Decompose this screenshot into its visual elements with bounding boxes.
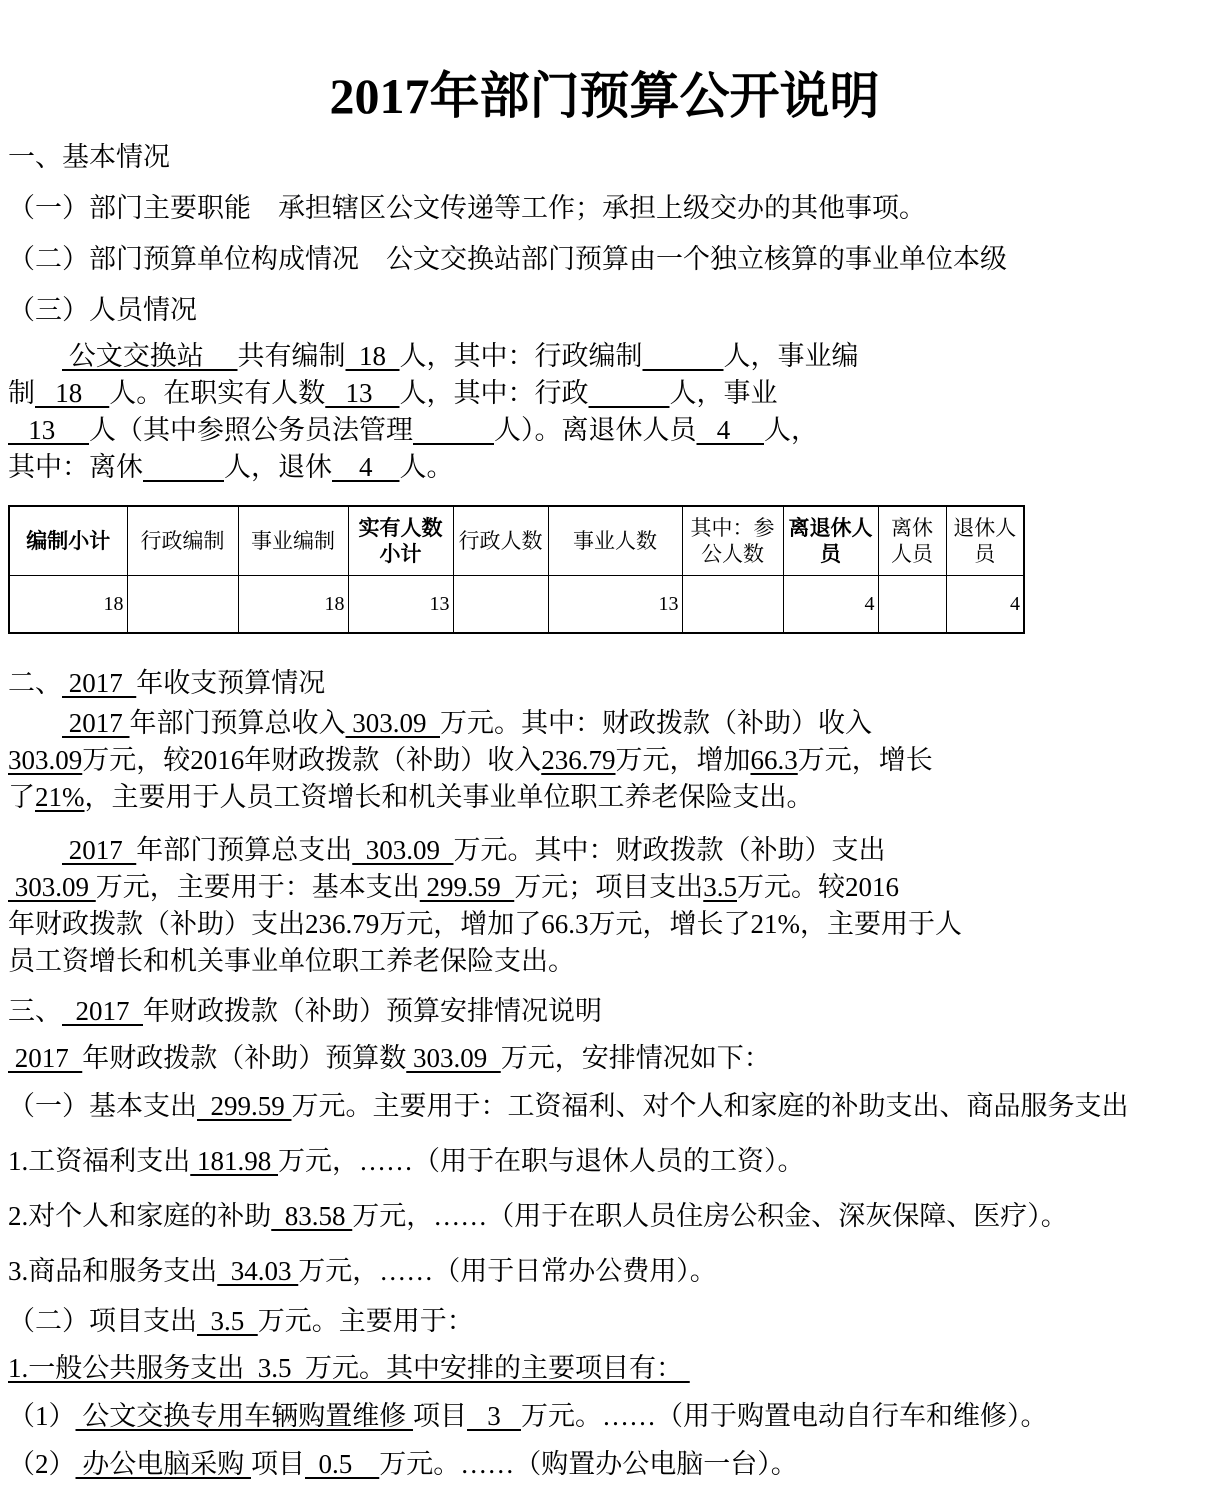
text-segment: 万元，增长 <box>798 745 933 775</box>
text-segment: 人（其中参照公务员法管理 <box>89 415 413 445</box>
text-segment: （2） <box>8 1449 76 1479</box>
staff-paragraph: 公文交换站 共有编制 18 人，其中：行政编制 人，事业编 制 18 人。在职实… <box>8 338 1201 486</box>
text-segment: 4 <box>332 452 400 482</box>
text-segment: 万元，……（用于在职人员住房公积金、深灰保障、医疗）。 <box>352 1201 1068 1231</box>
text-segment: 3.商品和服务支出 <box>8 1256 217 1286</box>
expense-line: 员工资增长和机关事业单位职工养老保险支出。 <box>8 943 1201 980</box>
text-segment: 年部门预算总支出 <box>136 835 352 865</box>
text-segment: 万元，……（用于日常办公费用）。 <box>298 1256 717 1286</box>
text-segment: 人，退休 <box>224 452 332 482</box>
section1-item-staff: （三）人员情况 <box>8 295 1201 326</box>
text-segment: 303.09 <box>8 872 96 902</box>
staff-paragraph-line: 13 人（其中参照公务员法管理 人）。离退休人员 4 人， <box>8 412 1201 449</box>
text-segment: 了 <box>8 782 35 812</box>
text-segment: 2017 <box>62 835 136 865</box>
text-segment: 66.3 <box>751 745 798 775</box>
section3-sub-wages: 1.工资福利支出 181.98 万元，……（用于在职与退休人员的工资）。 <box>8 1146 1201 1177</box>
text-segment: 2.对个人和家庭的补助 <box>8 1201 271 1231</box>
table-header-cell: 事业编制 <box>238 506 348 576</box>
section3-sub-goods: 3.商品和服务支出 34.03 万元，……（用于日常办公费用）。 <box>8 1256 1201 1287</box>
text-segment: 18 <box>35 378 109 408</box>
table-value-cell <box>682 576 783 634</box>
text-segment <box>589 378 670 408</box>
table-header-cell: 其中：参公人数 <box>682 506 783 576</box>
text-segment: 34.03 <box>217 1256 298 1286</box>
section1-item-units: （二）部门预算单位构成情况 公文交换站部门预算由一个独立核算的事业单位本级 <box>8 244 1201 275</box>
text-segment: 13 <box>8 415 89 445</box>
text-segment: 项目 <box>413 1401 467 1431</box>
text-segment: 人。在职实有人数 <box>109 378 325 408</box>
table-header-cell: 行政人数 <box>453 506 548 576</box>
table-header-cell: 退休人员 <box>946 506 1024 576</box>
text-segment: 3 <box>467 1401 521 1431</box>
text-segment: 二、 <box>8 668 62 698</box>
text-segment <box>143 452 224 482</box>
section3-heading: 三、 2017 年财政拨款（补助）预算安排情况说明 <box>8 996 1201 1027</box>
staff-paragraph-line: 制 18 人。在职实有人数 13 人，其中：行政 人，事业 <box>8 375 1201 412</box>
text-segment <box>413 415 494 445</box>
text-segment: 83.58 <box>271 1201 352 1231</box>
expense-line: 2017 年部门预算总支出 303.09 万元。其中：财政拨款（补助）支出 <box>8 832 1201 869</box>
text-segment: 2017 <box>62 668 136 698</box>
text-segment: 181.98 <box>190 1146 278 1176</box>
text-segment: 1.工资福利支出 <box>8 1146 190 1176</box>
table-value-cell: 18 <box>238 576 348 634</box>
section3-basic-expense: （一）基本支出 299.59 万元。主要用于：工资福利、对个人和家庭的补助支出、… <box>8 1091 1201 1122</box>
section1-heading: 一、基本情况 <box>8 142 1201 173</box>
text-segment: 其中：离休 <box>8 452 143 482</box>
text-segment: 万元。……（用于购置电动自行车和维修）。 <box>521 1401 1048 1431</box>
text-segment: 项目 <box>251 1449 305 1479</box>
text-segment: 三、 <box>8 996 62 1026</box>
section3-project-expense: （二）项目支出 3.5 万元。主要用于： <box>8 1306 1201 1337</box>
text-segment: 制 <box>8 378 35 408</box>
text-segment: 年财政拨款（补助）预算数 <box>82 1043 406 1073</box>
section3-sub-general-service: 1.一般公共服务支出 3.5 万元。其中安排的主要项目有： <box>8 1353 1201 1384</box>
table-value-cell: 13 <box>348 576 453 634</box>
table-header-cell: 行政编制 <box>127 506 238 576</box>
text-segment: 万元，主要用于：基本支出 <box>96 872 420 902</box>
staff-paragraph-line: 公文交换站 共有编制 18 人，其中：行政编制 人，事业编 <box>8 338 1201 375</box>
expense-line: 303.09 万元，主要用于：基本支出 299.59 万元；项目支出3.5万元。… <box>8 869 1201 906</box>
text-segment: 人。 <box>400 452 454 482</box>
income-line: 303.09万元，较2016年财政拨款（补助）收入236.79万元，增加66.3… <box>8 742 1201 779</box>
text-segment: 共有编制 <box>238 341 346 371</box>
table-header-cell: 实有人数小计 <box>348 506 453 576</box>
staff-table-value-row: 1818131344 <box>9 576 1024 634</box>
section2-heading: 二、 2017 年收支预算情况 <box>8 668 1201 699</box>
text-segment: 万元；项目支出 <box>514 872 703 902</box>
text-segment: 年部门预算总收入 <box>130 708 346 738</box>
expense-line: 年财政拨款（补助）支出236.79万元，增加了66.3万元，增长了21%，主要用… <box>8 906 1201 943</box>
text-segment: 万元。……（购置办公电脑一台）。 <box>379 1449 798 1479</box>
text-segment: 万元，安排情况如下： <box>501 1043 771 1073</box>
text-segment: ，主要用于人员工资增长和机关事业单位职工养老保险支出。 <box>85 782 814 812</box>
text-segment: 303.09 <box>346 708 441 738</box>
text-segment: 4 <box>697 415 765 445</box>
text-segment: 2017 <box>62 996 143 1026</box>
text-segment <box>8 341 62 371</box>
table-value-cell <box>453 576 548 634</box>
text-segment: 年收支预算情况 <box>136 668 325 698</box>
text-segment: 万元。较2016 <box>737 872 899 902</box>
text-segment: 员工资增长和机关事业单位职工养老保险支出。 <box>8 946 575 976</box>
text-segment: 万元，较2016年财政拨款（补助）收入 <box>82 745 541 775</box>
text-segment: 303.09 <box>406 1043 501 1073</box>
section3-sub-subsidy: 2.对个人和家庭的补助 83.58 万元，……（用于在职人员住房公积金、深灰保障… <box>8 1201 1201 1232</box>
text-segment: 2017 <box>62 708 130 738</box>
text-segment: 2017 <box>8 1043 82 1073</box>
table-value-cell: 4 <box>946 576 1024 634</box>
text-segment: 公文交换站 <box>62 341 238 371</box>
text-segment <box>8 835 62 865</box>
staff-table: 编制小计行政编制事业编制实有人数小计行政人数事业人数其中：参公人数离退休人员离休… <box>8 505 1025 634</box>
section3-summary-line: 2017 年财政拨款（补助）预算数 303.09 万元，安排情况如下： <box>8 1043 1201 1074</box>
text-segment: 万元，……（用于在职与退休人员的工资）。 <box>278 1146 805 1176</box>
text-segment: 办公电脑采购 <box>76 1449 252 1479</box>
text-segment: 236.79 <box>541 745 615 775</box>
text-segment: 人，事业 <box>670 378 778 408</box>
text-segment: 人，其中：行政编制 <box>400 341 643 371</box>
text-segment: 人， <box>764 415 818 445</box>
text-segment: （1） <box>8 1401 76 1431</box>
table-value-cell: 13 <box>548 576 682 634</box>
text-segment: 公文交换专用车辆购置维修 <box>76 1401 414 1431</box>
text-segment: 1.一般公共服务支出 3.5 万元。其中安排的主要项目有： <box>8 1353 690 1383</box>
income-line: 2017 年部门预算总收入 303.09 万元。其中：财政拨款（补助）收入 <box>8 705 1201 742</box>
text-segment: 303.09 <box>352 835 453 865</box>
table-value-cell <box>127 576 238 634</box>
section2-paragraph-income: 2017 年部门预算总收入 303.09 万元。其中：财政拨款（补助）收入 30… <box>8 705 1201 816</box>
text-segment: 人，事业编 <box>724 341 859 371</box>
text-segment: 年财政拨款（补助）预算安排情况说明 <box>143 996 602 1026</box>
text-segment: 3.5 <box>197 1306 258 1336</box>
text-segment: 21% <box>35 782 85 812</box>
text-segment: 年财政拨款（补助）支出236.79万元，增加了66.3万元，增长了21%，主要用… <box>8 909 962 939</box>
document-page: 2017年部门预算公开说明 一、基本情况 （一）部门主要职能 承担辖区公文传递等… <box>0 0 1209 1490</box>
text-segment: 人）。离退休人员 <box>494 415 697 445</box>
table-value-cell: 4 <box>783 576 878 634</box>
staff-paragraph-line: 其中：离休 人，退休 4 人。 <box>8 449 1201 486</box>
text-segment: 3.5 <box>703 872 737 902</box>
text-segment: （一）基本支出 <box>8 1091 197 1121</box>
text-segment: 万元，增加 <box>616 745 751 775</box>
text-segment: 18 <box>346 341 400 371</box>
text-segment: 299.59 <box>197 1091 292 1121</box>
table-value-cell: 18 <box>9 576 127 634</box>
table-value-cell <box>878 576 946 634</box>
text-segment: 人，其中：行政 <box>400 378 589 408</box>
text-segment: 303.09 <box>8 745 82 775</box>
table-header-cell: 编制小计 <box>9 506 127 576</box>
section3-sub-computer-project: （2） 办公电脑采购 项目 0.5 万元。……（购置办公电脑一台）。 <box>8 1449 1201 1480</box>
text-segment: 万元。其中：财政拨款（补助）收入 <box>440 708 872 738</box>
table-header-cell: 事业人数 <box>548 506 682 576</box>
section2-paragraph-expense: 2017 年部门预算总支出 303.09 万元。其中：财政拨款（补助）支出 30… <box>8 832 1201 980</box>
section1-item-duties: （一）部门主要职能 承担辖区公文传递等工作；承担上级交办的其他事项。 <box>8 193 1201 224</box>
text-segment <box>643 341 724 371</box>
text-segment: （二）项目支出 <box>8 1306 197 1336</box>
section3-sub-vehicle-project: （1） 公文交换专用车辆购置维修 项目 3 万元。……（用于购置电动自行车和维修… <box>8 1401 1201 1432</box>
document-title: 2017年部门预算公开说明 <box>8 68 1201 124</box>
text-segment: 万元。其中：财政拨款（补助）支出 <box>454 835 886 865</box>
income-line: 了21%，主要用于人员工资增长和机关事业单位职工养老保险支出。 <box>8 779 1201 816</box>
text-segment <box>8 708 62 738</box>
staff-table-header-row: 编制小计行政编制事业编制实有人数小计行政人数事业人数其中：参公人数离退休人员离休… <box>9 506 1024 576</box>
table-header-cell: 离休人员 <box>878 506 946 576</box>
text-segment: 万元。主要用于：工资福利、对个人和家庭的补助支出、商品服务支出 <box>292 1091 1129 1121</box>
text-segment: 13 <box>325 378 399 408</box>
text-segment: 299.59 <box>420 872 515 902</box>
text-segment: 万元。主要用于： <box>258 1306 474 1336</box>
table-header-cell: 离退休人员 <box>783 506 878 576</box>
text-segment: 0.5 <box>305 1449 379 1479</box>
